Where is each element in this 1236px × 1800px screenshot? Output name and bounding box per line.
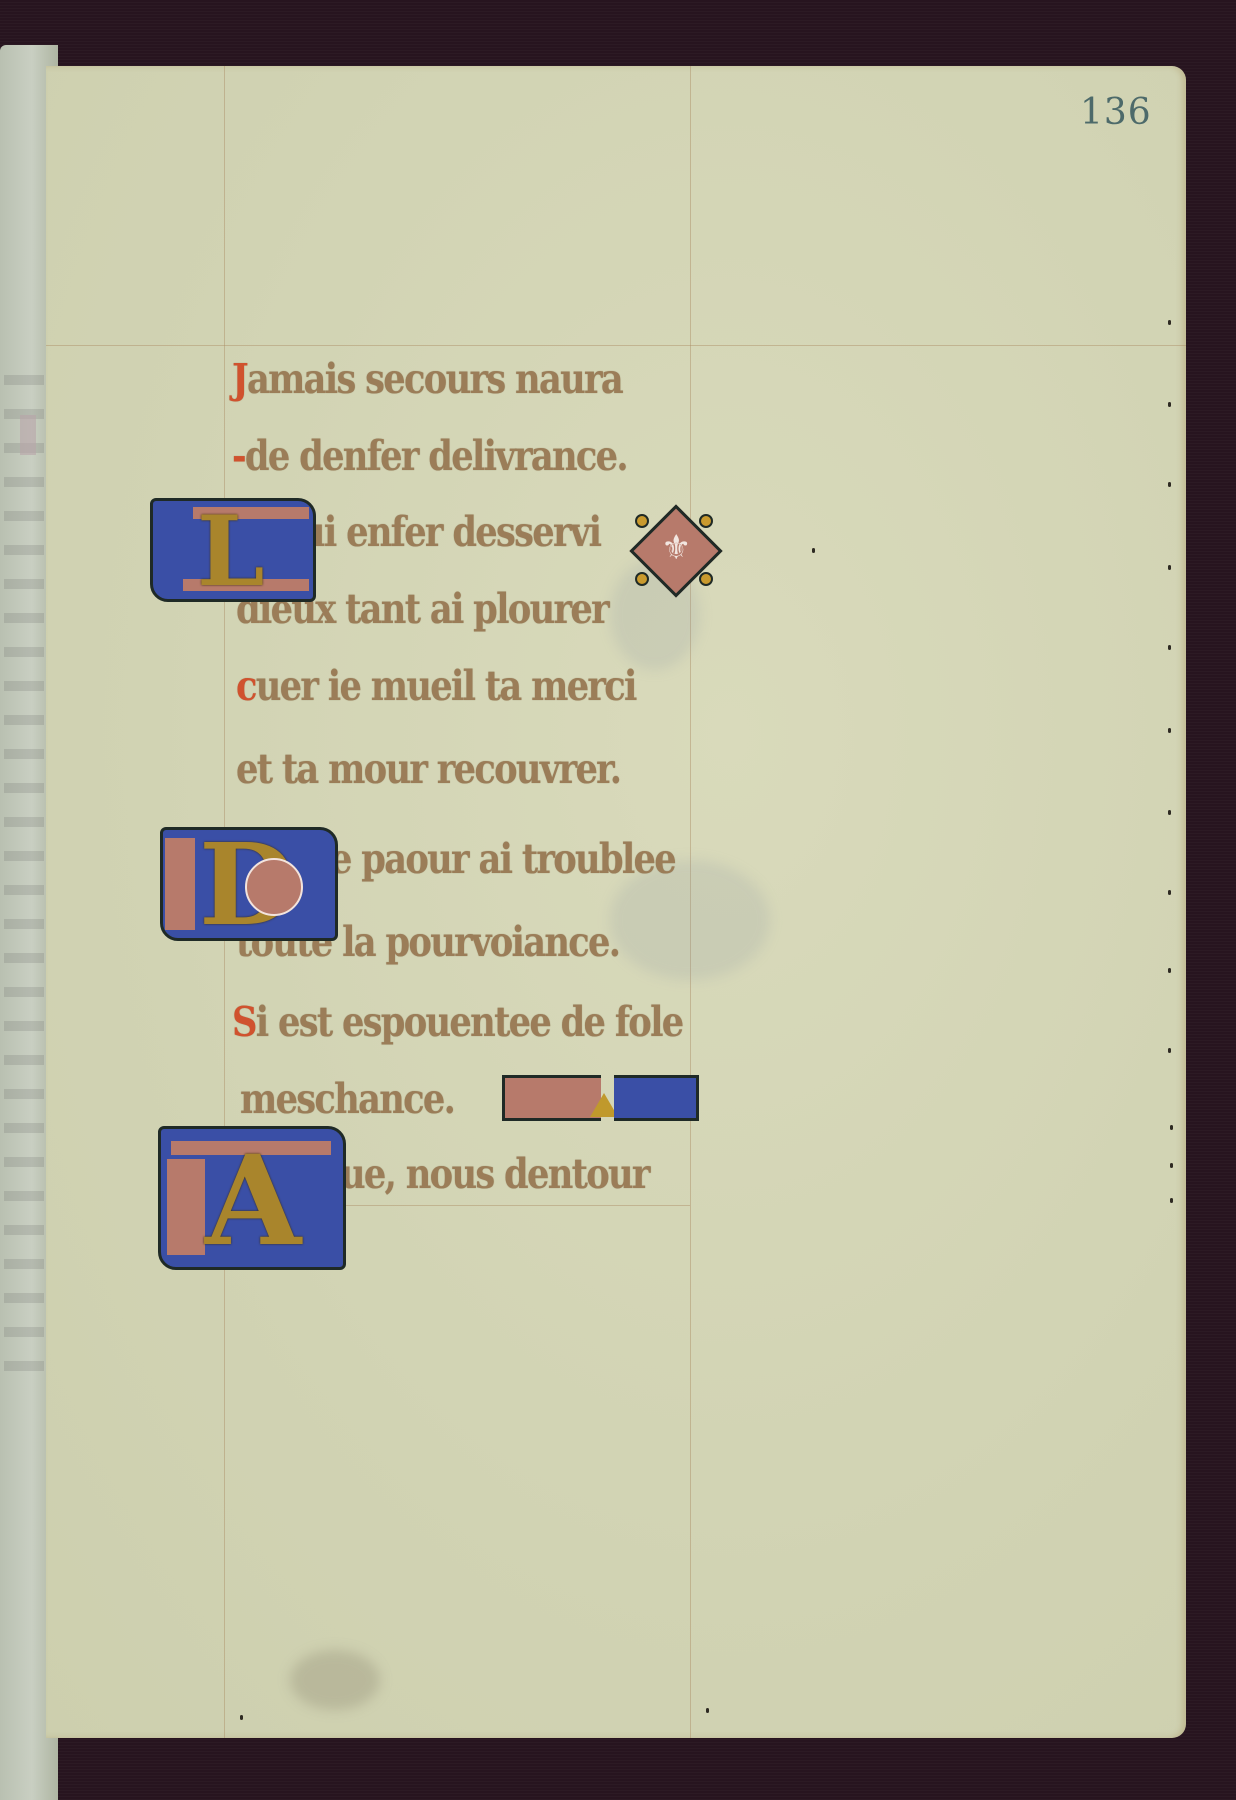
fleur-de-lis-icon: ⚜ bbox=[661, 528, 691, 568]
folio-number: 136 bbox=[1080, 92, 1152, 133]
pricking-hole bbox=[1168, 402, 1171, 407]
pricking-hole bbox=[1168, 728, 1171, 733]
text-line: meschance. bbox=[240, 1075, 454, 1123]
initial-pink-lobe bbox=[167, 1159, 205, 1255]
pricking-hole bbox=[1168, 482, 1171, 487]
text-line: et ta mour recouvrer. bbox=[236, 745, 620, 793]
line-filler-blue bbox=[614, 1075, 699, 1121]
gold-dot bbox=[699, 514, 713, 528]
text-line: e paour ai troublee bbox=[330, 835, 675, 883]
pricking-hole bbox=[812, 548, 815, 553]
pricking-hole bbox=[1168, 320, 1171, 325]
facing-page-text-bleed bbox=[4, 375, 44, 1375]
pricking-hole bbox=[1168, 890, 1171, 895]
pricking-hole bbox=[1170, 1163, 1173, 1168]
gold-dot bbox=[699, 572, 713, 586]
illuminated-initial-d: D bbox=[160, 827, 338, 941]
illuminated-initial-a: A bbox=[158, 1126, 346, 1270]
text-line: ue, nous dentour bbox=[340, 1150, 649, 1198]
initial-letter: A bbox=[205, 1129, 301, 1270]
line-filler bbox=[502, 1075, 702, 1121]
gold-dot bbox=[635, 514, 649, 528]
text-line: -de denfer delivrance. bbox=[232, 432, 627, 480]
initial-pink-disc bbox=[245, 858, 303, 916]
initial-letter: L bbox=[197, 498, 265, 602]
initial-pink-lobe bbox=[165, 838, 195, 930]
pricking-hole bbox=[1168, 1048, 1171, 1053]
gold-dot bbox=[635, 572, 649, 586]
illuminated-initial-l: L bbox=[150, 498, 316, 602]
pricking-hole bbox=[1168, 810, 1171, 815]
pricking-hole bbox=[706, 1708, 709, 1713]
pricking-hole bbox=[1168, 565, 1171, 570]
text-line: Jamais secours naura bbox=[232, 355, 622, 403]
text-line: cuer ie mueil ta merci bbox=[236, 662, 636, 710]
pricking-hole bbox=[1170, 1198, 1173, 1203]
text-line: ui enfer desservi bbox=[300, 508, 600, 556]
pricking-hole bbox=[1170, 1125, 1173, 1130]
pricking-hole bbox=[240, 1715, 243, 1720]
facing-page-decoration bbox=[20, 415, 36, 455]
ruling-top bbox=[46, 345, 1186, 346]
pricking-hole bbox=[1168, 968, 1171, 973]
water-stain bbox=[290, 1650, 380, 1710]
pricking-hole bbox=[1168, 645, 1171, 650]
fleur-de-lis-ornament: ⚜ bbox=[633, 508, 719, 594]
line-filler-pink bbox=[502, 1075, 601, 1121]
text-line: Si est espouentee de fole bbox=[232, 998, 682, 1046]
